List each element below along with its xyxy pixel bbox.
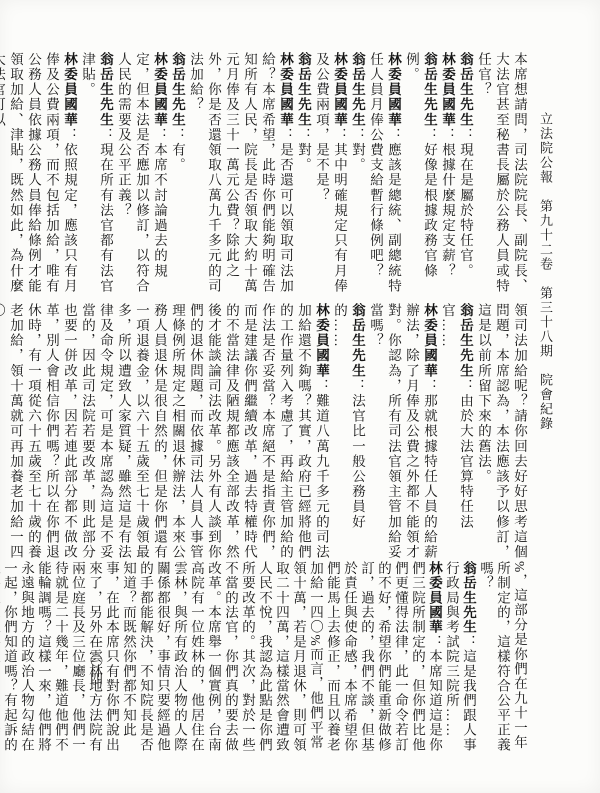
speaker-name: 翁岳生先生 <box>458 303 473 379</box>
dialogue-paragraph: 翁岳生先生：法官比一般公務員好的…… <box>330 303 366 561</box>
dialogue-paragraph: 翁岳生先生：現在所有法官都有法官津貼。 <box>78 52 114 300</box>
speech-text: ：難道八萬九千多元的司法加給還不夠嗎？其實，政府已經將他們的工作量列入考慮了，再… <box>0 303 329 560</box>
speaker-name: 林委員國華 <box>62 52 77 128</box>
dialogue-paragraph: 林委員國華：其中明確規定只有月俸及公費兩項，是不是？ <box>312 52 348 300</box>
dialogue-paragraph: 林委員國華：根據什麼規定支薪？ <box>438 52 456 300</box>
dialogue-paragraph: 林委員國華：應該是總統、副總統特任人員月俸公費支給暫行條例吧？ <box>366 52 402 300</box>
speaker-name: 翁岳生先生 <box>350 52 365 128</box>
speech-text: ：根據什麼規定支薪？ <box>440 128 455 279</box>
dialogue-paragraph: 翁岳生先生：現在是屬於特任官。 <box>456 52 474 300</box>
dialogue-paragraph: 林委員國華：本席不討論過去的規定，但本法是否應加以修訂，以符合人民的需要及公平正… <box>114 52 168 300</box>
dialogue-paragraph: %，這部分是你們在九十一年所制定的，這樣符合公平正義嗎？ <box>477 561 528 759</box>
speaker-name: 林委員國華 <box>152 52 167 128</box>
speaker-name: 翁岳生先生 <box>422 52 437 128</box>
dialogue-paragraph: 林委員國華：本席知道這是你們三院所制定的，但你們比他們更懂得法律，此一命令若訂的… <box>0 561 443 759</box>
dialogue-paragraph: 林委員國華：是否還可以領取司法加給？本席希望，此時你們能夠明確告知所有人民，院長… <box>186 52 294 300</box>
speech-text: %，這部分是你們在九十一年所制定的，這樣符合公平正義嗎？ <box>478 561 527 752</box>
dialogue-paragraph: 翁岳生先生：好像是根據政務官條例。 <box>402 52 438 300</box>
speaker-name: 翁岳生先生 <box>296 52 311 128</box>
dialogue-paragraph: 翁岳生先生：對。 <box>348 52 366 300</box>
dialogue-paragraph: 領司法加給呢？請你回去好好思考這個問題，本席認為，本法應該予以修訂，這是以前所留… <box>474 303 528 561</box>
dialogue-paragraph: 林委員國華：那就根據特任人員的給薪辦法，除了月俸及公費之外都不能領才對。你認為，… <box>366 303 438 561</box>
speech-text: 本席想請問，司法院院長、副院長、大法官甚至秘書長屬於公務人員或特任官？ <box>476 52 527 294</box>
dialogue-paragraph: 林委員國華：難道八萬九千多元的司法加給還不夠嗎？其實，政府已經將他們的工作量列入… <box>0 303 330 561</box>
journal-running-head: 立法院公報 第九十二卷 第三十八期 院會紀錄 <box>537 112 554 374</box>
speech-text: ：對。 <box>296 128 311 173</box>
speaker-name: 翁岳生先生 <box>170 52 185 128</box>
speech-text: ：現在是屬於特任官。 <box>458 128 473 279</box>
dialogue-paragraph: 翁岳生先生：對。 <box>294 52 312 300</box>
dialogue-paragraph: 翁岳生先生：這是我們跟人事行政局與考試院三院所…… <box>443 561 477 759</box>
text-band-bottom: %，這部分是你們在九十一年所制定的，這樣符合公平正義嗎？翁岳生先生：這是我們跟人… <box>56 561 528 759</box>
speech-text: 領司法加給呢？請你回去好好思考這個問題，本席認為，本法應該予以修訂，這是以前所留… <box>476 303 527 560</box>
speaker-name: 林委員國華 <box>314 303 329 379</box>
speaker-name: 林委員國華 <box>386 52 401 128</box>
dialogue-paragraph: 翁岳生先生：有。 <box>168 52 186 300</box>
speaker-name: 翁岳生先生 <box>350 303 365 379</box>
speaker-name: 林委員國華 <box>422 303 437 379</box>
speaker-name: 林委員國華 <box>427 561 442 635</box>
gazette-scanned-page: 立法院公報 第九十二卷 第三十八期 院會紀錄 一〇四 本席想請問，司法院院長、副… <box>0 0 600 793</box>
speech-text: ：本席知道這是你們三院所制定的，但你們比他們更懂得法律，此一命令若訂的不好，希望… <box>0 561 442 752</box>
text-band-top: 本席想請問，司法院院長、副院長、大法官甚至秘書長屬於公務人員或特任官？翁岳生先生… <box>56 52 528 300</box>
speech-text: ：有。 <box>170 128 185 173</box>
speaker-name: 林委員國華 <box>332 52 347 128</box>
text-band-middle: 領司法加給呢？請你回去好好思考這個問題，本席認為，本法應該予以修訂，這是以前所留… <box>56 303 528 561</box>
dialogue-paragraph: 林委員國華：依照規定，應該只有月俸及公費兩項，而不包括加給，唯有公務人員依據公務… <box>0 52 78 300</box>
speaker-name: 翁岳生先生 <box>461 561 476 635</box>
speaker-name: 翁岳生先生 <box>98 52 113 128</box>
speaker-name: 林委員國華 <box>278 52 293 128</box>
dialogue-paragraph: 本席想請問，司法院院長、副院長、大法官甚至秘書長屬於公務人員或特任官？ <box>474 52 528 300</box>
dialogue-paragraph: 翁岳生先生：由於大法官算特任法官…… <box>438 303 474 561</box>
speech-text: ：對。 <box>350 128 365 173</box>
speaker-name: 翁岳生先生 <box>458 52 473 128</box>
speaker-name: 林委員國華 <box>440 52 455 128</box>
